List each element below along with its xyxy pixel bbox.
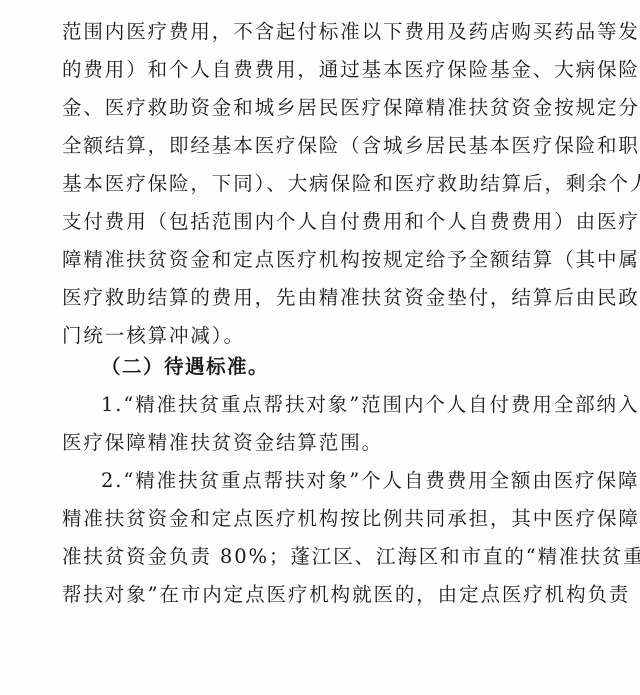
paragraph-line: 基本医疗保险，下同）、大病保险和医疗救助结算后，剩余个人 [62, 172, 562, 196]
paragraph-line: 金、医疗救助资金和城乡居民医疗保障精准扶贫资金按规定分别 [62, 96, 562, 120]
paragraph-line: 1.“精准扶贫重点帮扶对象”范围内个人自付费用全部纳入 [101, 393, 562, 417]
document-page: 范围内医疗费用，不含起付标准以下费用及药店购买药品等发生 的费用）和个人自费费用… [0, 0, 640, 695]
paragraph-line: 全额结算，即经基本医疗保险（含城乡居民基本医疗保险和职工 [62, 134, 562, 158]
paragraph-line: 2.“精准扶贫重点帮扶对象”个人自费费用全额由医疗保障 [101, 469, 562, 493]
paragraph-line: 准扶贫资金负责 80%；蓬江区、江海区和市直的“精准扶贫重点 [62, 545, 562, 569]
paragraph-line: 精准扶贫资金和定点医疗机构按比例共同承担，其中医疗保障精 [62, 507, 562, 531]
paragraph-line: 的费用）和个人自费费用，通过基本医疗保险基金、大病保险资 [62, 58, 562, 82]
paragraph-line: 范围内医疗费用，不含起付标准以下费用及药店购买药品等发生 [62, 20, 562, 44]
paragraph-line: 医疗保障精准扶贫资金结算范围。 [62, 431, 562, 455]
paragraph-line: 医疗救助结算的费用，先由精准扶贫资金垫付，结算后由民政部 [62, 286, 562, 310]
paragraph-line: 帮扶对象”在市内定点医疗机构就医的，由定点医疗机构负责 [62, 583, 562, 607]
paragraph-line: 障精准扶贫资金和定点医疗机构按规定给予全额结算（其中属于 [62, 248, 562, 272]
section-heading: （二）待遇标准。 [101, 355, 601, 379]
paragraph-line: 支付费用（包括范围内个人自付费用和个人自费费用）由医疗保 [62, 210, 562, 234]
paragraph-line: 门统一核算冲减）。 [62, 324, 562, 348]
